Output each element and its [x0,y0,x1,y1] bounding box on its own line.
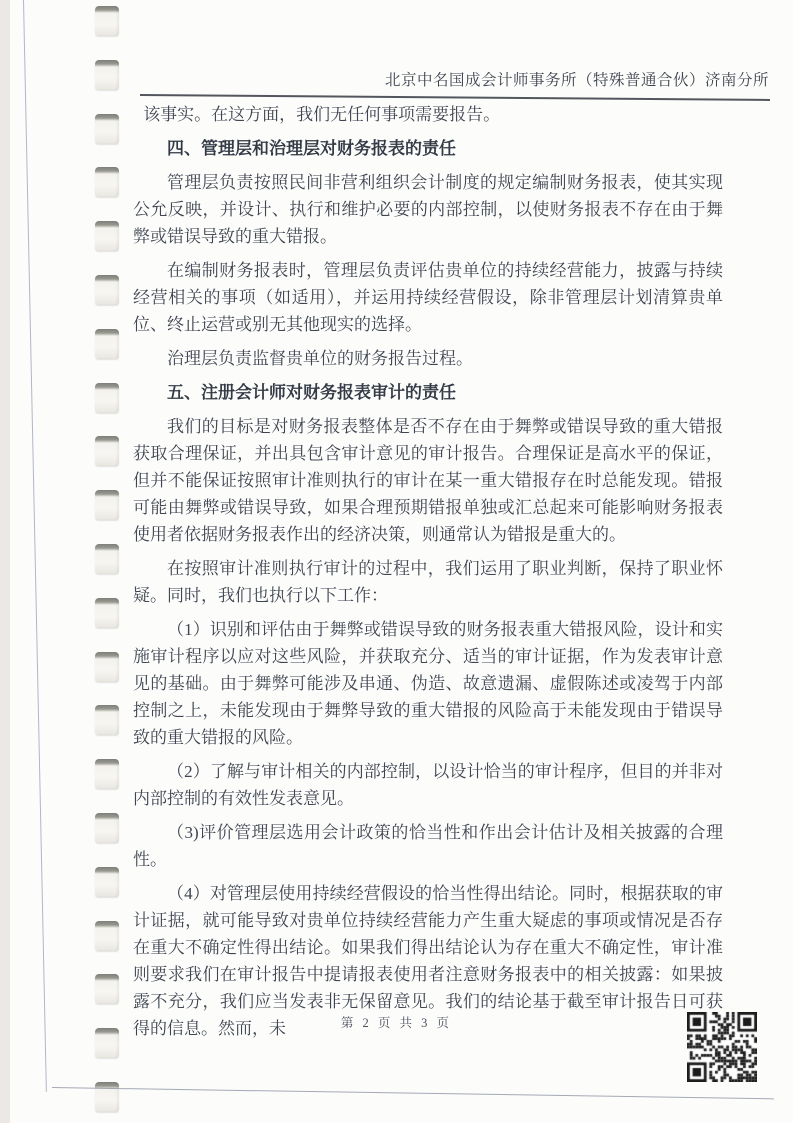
qr-code-icon [687,1012,757,1082]
binding-hole [95,275,119,305]
paragraph: 治理层负责监督贵单位的财务报告过程。 [133,345,723,372]
binding-hole [95,329,119,359]
paragraph: 在编制财务报表时，管理层负责评估贵单位的持续经营能力，披露与持续经营相关的事项（… [133,257,723,338]
binding-hole [95,974,119,1004]
binding-hole [95,921,119,951]
binding-hole [95,598,119,628]
binding-hole [95,813,119,843]
paragraph: 该事实。在这方面，我们无任何事项需要报告。 [133,101,723,128]
paragraph: 我们的目标是对财务报表整体是否不存在由于舞弊或错误导致的重大错报获取合理保证，并… [133,413,723,548]
binding-hole [95,1082,119,1112]
binding-hole [95,490,119,520]
page-number: 第 2 页 共 3 页 [0,1013,793,1031]
binding-hole [95,114,119,144]
binding-hole [95,705,119,735]
binding-hole [95,1028,119,1058]
page-bottom-edge [52,1087,774,1099]
document-body: 该事实。在这方面，我们无任何事项需要报告。四、管理层和治理层对财务报表的责任管理… [133,101,723,1042]
binding-hole [95,6,119,36]
sheet-edge-line [23,0,47,1092]
section-heading: 四、管理层和治理层对财务报表的责任 [133,135,723,162]
binding-hole [95,759,119,789]
paragraph: （3)评价管理层选用会计政策的恰当性和作出会计估计及相关披露的合理性。 [133,819,723,873]
scanner-edge-strip [0,0,10,1123]
header-rule [140,94,770,101]
paragraph: 在按照审计准则执行审计的过程中，我们运用了职业判断，保持了职业怀疑。同时，我们也… [133,555,723,609]
binding-hole [95,652,119,682]
binding-hole [95,544,119,574]
paragraph: 管理层负责按照民间非营利组织会计制度的规定编制财务报表，使其实现公允反映，并设计… [133,169,723,250]
binding-hole [95,436,119,466]
binding-hole [95,867,119,897]
paragraph: （2）了解与审计相关的内部控制，以设计恰当的审计程序，但目的并非对内部控制的有效… [133,758,723,812]
header-firm-name: 北京中名国成会计师事务所（特殊普通合伙）济南分所 [385,68,769,90]
binding-hole [95,221,119,251]
binding-hole [95,383,119,413]
scanned-audit-report-page: 北京中名国成会计师事务所（特殊普通合伙）济南分所 该事实。在这方面，我们无任何事… [0,0,793,1123]
section-heading: 五、注册会计师对财务报表审计的责任 [133,379,723,406]
binding-hole [95,167,119,197]
paragraph: （1）识别和评估由于舞弊或错误导致的财务报表重大错报风险，设计和实施审计程序以应… [133,616,723,751]
binding-hole [95,60,119,90]
